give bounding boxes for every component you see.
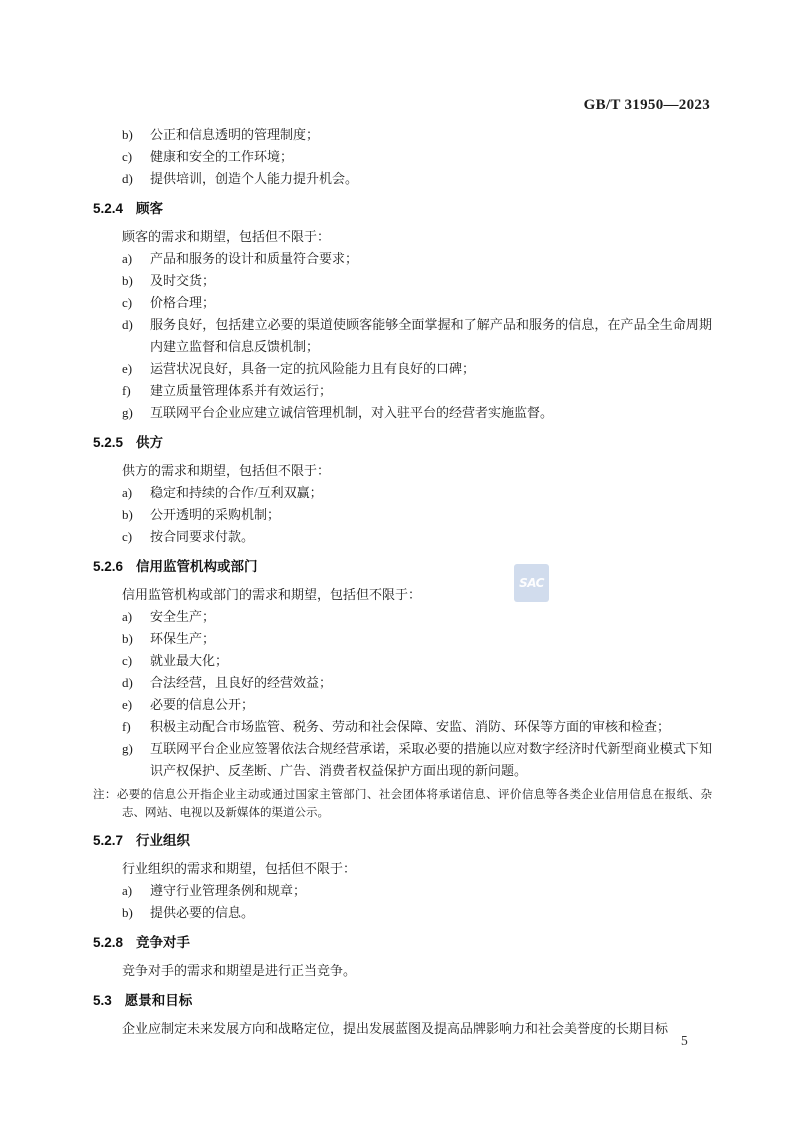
list-item-text: 提供培训，创造个人能力提升机会。 — [150, 168, 712, 190]
list-item: d)提供培训，创造个人能力提升机会。 — [93, 168, 712, 190]
list-item-label: e) — [93, 358, 150, 380]
list-item: a)遵守行业管理条例和规章； — [93, 880, 712, 902]
section-title: 顾客 — [136, 201, 163, 216]
list-item-label: d) — [93, 314, 150, 358]
list: b)公正和信息透明的管理制度；c)健康和安全的工作环境；d)提供培训，创造个人能… — [93, 124, 712, 190]
list-item-text: 互联网平台企业应签署依法合规经营承诺，采取必要的措施以应对数字经济时代新型商业模… — [150, 738, 712, 782]
list: a)稳定和持续的合作/互利双赢；b)公开透明的采购机制；c)按合同要求付款。 — [93, 482, 712, 548]
list-item-text: 按合同要求付款。 — [150, 526, 712, 548]
note-label: 注： — [93, 789, 117, 801]
list-item: d)合法经营，且良好的经营效益； — [93, 672, 712, 694]
list-item-text: 健康和安全的工作环境； — [150, 146, 712, 168]
list-item-label: a) — [93, 482, 150, 504]
document-page: GB/T 31950—2023 SAC b)公正和信息透明的管理制度；c)健康和… — [0, 0, 794, 1123]
list-item-text: 产品和服务的设计和质量符合要求； — [150, 248, 712, 270]
list-item-label: e) — [93, 694, 150, 716]
list-item-label: b) — [93, 628, 150, 650]
list-item-text: 遵守行业管理条例和规章； — [150, 880, 712, 902]
list-item: a)安全生产； — [93, 606, 712, 628]
list-item-label: c) — [93, 146, 150, 168]
list-item-label: g) — [93, 402, 150, 424]
list-item-label: a) — [93, 606, 150, 628]
list: a)遵守行业管理条例和规章；b)提供必要的信息。 — [93, 880, 712, 924]
list-item-text: 必要的信息公开； — [150, 694, 712, 716]
list-item-text: 安全生产； — [150, 606, 712, 628]
list-item-label: a) — [93, 248, 150, 270]
section-heading: 5.3愿景和目标 — [93, 990, 712, 1012]
list-item-label: c) — [93, 650, 150, 672]
section-number: 5.2.4 — [93, 198, 123, 220]
section-title: 行业组织 — [136, 833, 190, 848]
paragraph: 供方的需求和期望，包括但不限于： — [93, 460, 712, 482]
section-title: 信用监管机构或部门 — [136, 559, 258, 574]
document-body: b)公正和信息透明的管理制度；c)健康和安全的工作环境；d)提供培训，创造个人能… — [93, 124, 712, 1040]
section-heading: 5.2.5供方 — [93, 432, 712, 454]
list-item: f)积极主动配合市场监管、税务、劳动和社会保障、安监、消防、环保等方面的审核和检… — [93, 716, 712, 738]
paragraph: 信用监管机构或部门的需求和期望，包括但不限于： — [93, 584, 712, 606]
page-number: 5 — [681, 1033, 688, 1049]
section-number: 5.3 — [93, 990, 112, 1012]
list-item-text: 合法经营，且良好的经营效益； — [150, 672, 712, 694]
list-item-label: d) — [93, 168, 150, 190]
list-item-label: g) — [93, 738, 150, 782]
list-item-text: 及时交货； — [150, 270, 712, 292]
section-number: 5.2.7 — [93, 830, 123, 852]
list-item: f)建立质量管理体系并有效运行； — [93, 380, 712, 402]
paragraph: 竞争对手的需求和期望是进行正当竞争。 — [93, 960, 712, 982]
paragraph: 企业应制定未来发展方向和战略定位，提出发展蓝图及提高品牌影响力和社会美誉度的长期… — [93, 1018, 712, 1040]
list-item: d)服务良好，包括建立必要的渠道使顾客能够全面掌握和了解产品和服务的信息，在产品… — [93, 314, 712, 358]
section-number: 5.2.6 — [93, 556, 123, 578]
list-item-text: 就业最大化； — [150, 650, 712, 672]
list-item: g)互联网平台企业应签署依法合规经营承诺，采取必要的措施以应对数字经济时代新型商… — [93, 738, 712, 782]
list-item-label: a) — [93, 880, 150, 902]
section-title: 竞争对手 — [136, 935, 190, 950]
list-item-label: c) — [93, 526, 150, 548]
list-item: c)健康和安全的工作环境； — [93, 146, 712, 168]
list-item-text: 提供必要的信息。 — [150, 902, 712, 924]
list: a)产品和服务的设计和质量符合要求；b)及时交货；c)价格合理；d)服务良好，包… — [93, 248, 712, 424]
list-item-label: f) — [93, 380, 150, 402]
list-item-text: 运营状况良好，具备一定的抗风险能力且有良好的口碑； — [150, 358, 712, 380]
section-title: 愿景和目标 — [125, 993, 193, 1008]
list-item: b)及时交货； — [93, 270, 712, 292]
list-item-label: b) — [93, 902, 150, 924]
list-item-label: b) — [93, 124, 150, 146]
list-item: c)按合同要求付款。 — [93, 526, 712, 548]
note: 注：必要的信息公开指企业主动或通过国家主管部门、社会团体将承诺信息、评价信息等各… — [93, 786, 712, 822]
note-text: 必要的信息公开指企业主动或通过国家主管部门、社会团体将承诺信息、评价信息等各类企… — [117, 789, 712, 819]
list-item-text: 建立质量管理体系并有效运行； — [150, 380, 712, 402]
list-item-text: 稳定和持续的合作/互利双赢； — [150, 482, 712, 504]
list-item: c)就业最大化； — [93, 650, 712, 672]
list-item: b)环保生产； — [93, 628, 712, 650]
section-heading: 5.2.7行业组织 — [93, 830, 712, 852]
list-item: e)必要的信息公开； — [93, 694, 712, 716]
paragraph: 行业组织的需求和期望，包括但不限于： — [93, 858, 712, 880]
list: a)安全生产；b)环保生产；c)就业最大化；d)合法经营，且良好的经营效益；e)… — [93, 606, 712, 782]
list-item: b)公开透明的采购机制； — [93, 504, 712, 526]
list-item-label: d) — [93, 672, 150, 694]
list-item-text: 积极主动配合市场监管、税务、劳动和社会保障、安监、消防、环保等方面的审核和检查； — [150, 716, 712, 738]
list-item-text: 互联网平台企业应建立诚信管理机制，对入驻平台的经营者实施监督。 — [150, 402, 712, 424]
list-item-text: 公正和信息透明的管理制度； — [150, 124, 712, 146]
list-item-text: 价格合理； — [150, 292, 712, 314]
list-item: g)互联网平台企业应建立诚信管理机制，对入驻平台的经营者实施监督。 — [93, 402, 712, 424]
list-item-text: 环保生产； — [150, 628, 712, 650]
list-item: b)提供必要的信息。 — [93, 902, 712, 924]
section-heading: 5.2.6信用监管机构或部门 — [93, 556, 712, 578]
list-item: a)产品和服务的设计和质量符合要求； — [93, 248, 712, 270]
list-item-text: 服务良好，包括建立必要的渠道使顾客能够全面掌握和了解产品和服务的信息，在产品全生… — [150, 314, 712, 358]
section-heading: 5.2.8竞争对手 — [93, 932, 712, 954]
list-item-label: b) — [93, 270, 150, 292]
section-number: 5.2.5 — [93, 432, 123, 454]
standard-code: GB/T 31950—2023 — [584, 97, 710, 114]
section-number: 5.2.8 — [93, 932, 123, 954]
section-heading: 5.2.4顾客 — [93, 198, 712, 220]
list-item: c)价格合理； — [93, 292, 712, 314]
list-item: a)稳定和持续的合作/互利双赢； — [93, 482, 712, 504]
list-item-label: c) — [93, 292, 150, 314]
paragraph: 顾客的需求和期望，包括但不限于： — [93, 226, 712, 248]
list-item: b)公正和信息透明的管理制度； — [93, 124, 712, 146]
list-item-label: f) — [93, 716, 150, 738]
section-title: 供方 — [136, 435, 163, 450]
list-item-label: b) — [93, 504, 150, 526]
list-item: e)运营状况良好，具备一定的抗风险能力且有良好的口碑； — [93, 358, 712, 380]
list-item-text: 公开透明的采购机制； — [150, 504, 712, 526]
